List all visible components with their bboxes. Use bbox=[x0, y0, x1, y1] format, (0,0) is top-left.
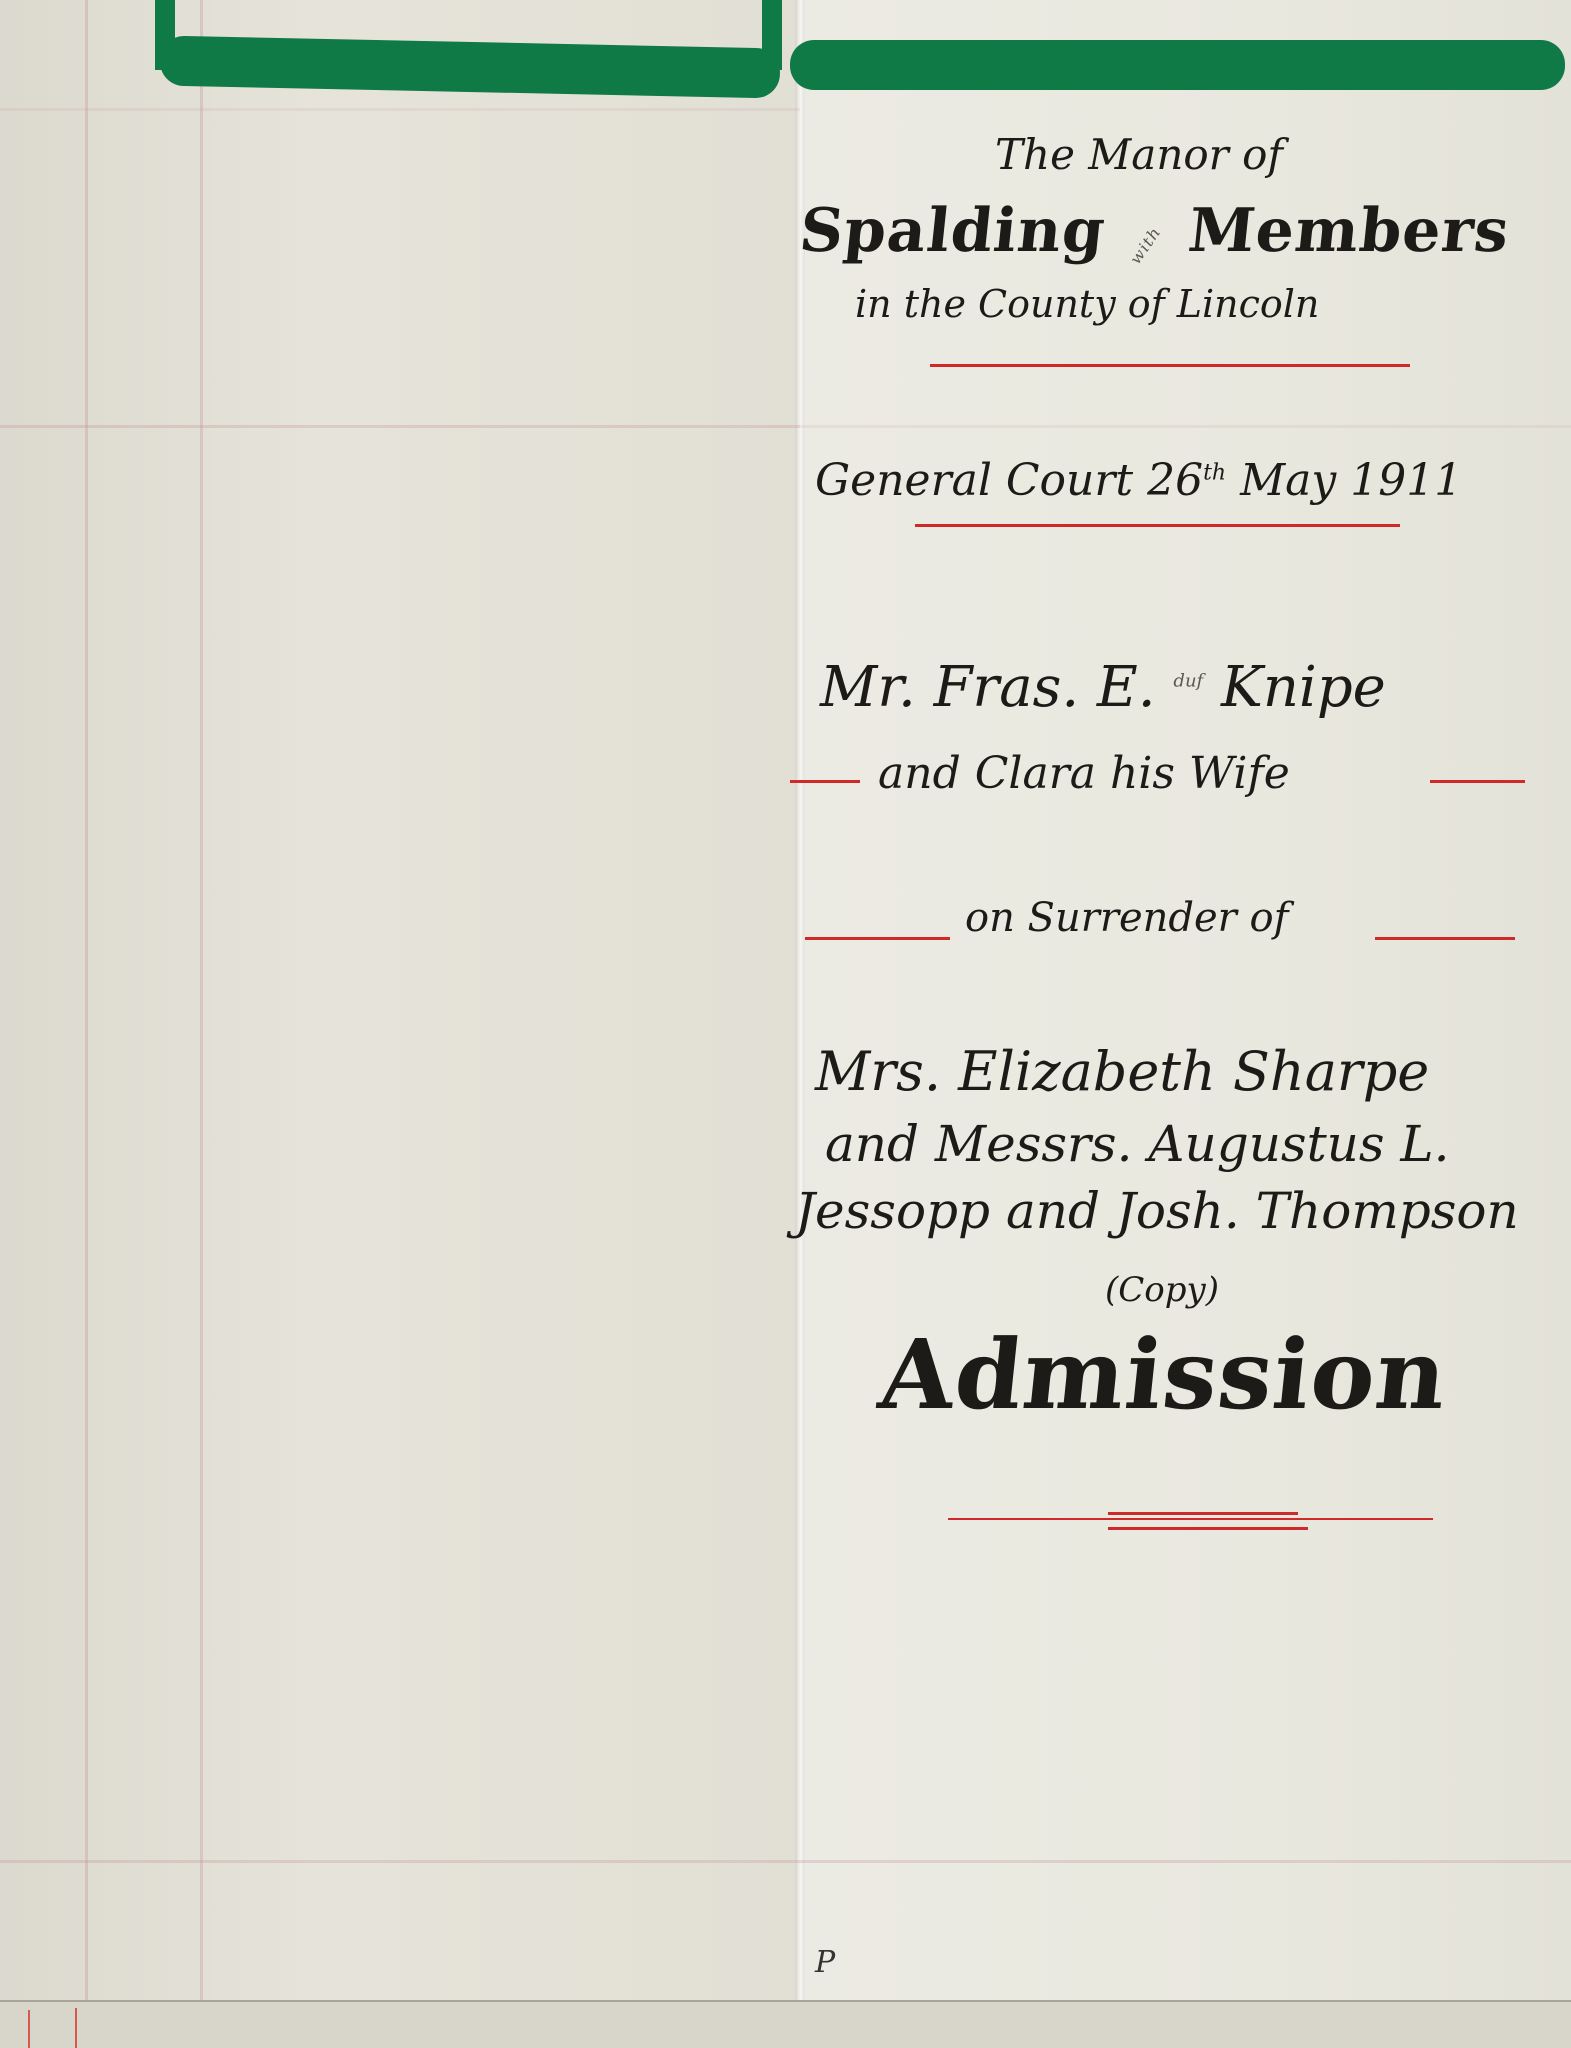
manor-name-right: Members bbox=[1185, 196, 1513, 266]
augustus-name: Augustus L. bbox=[1148, 1115, 1449, 1173]
document-sheet: The Manor of Spalding with Members in th… bbox=[0, 0, 1571, 2048]
margin-rule bbox=[200, 0, 203, 2000]
court-label: General Court 26 bbox=[815, 455, 1203, 506]
messrs-prefix: and Messrs. bbox=[825, 1115, 1132, 1173]
red-rule bbox=[948, 1518, 1433, 1520]
admittee-forenames: Fras. E. bbox=[934, 655, 1156, 720]
admittee-surname: Knipe bbox=[1221, 655, 1386, 720]
red-rule bbox=[1375, 937, 1515, 940]
admittee-name: Mr. Fras. E. duf Knipe bbox=[820, 655, 1386, 720]
document-title: Admission bbox=[874, 1318, 1453, 1431]
red-rule bbox=[790, 780, 860, 783]
copy-note: (Copy) bbox=[1105, 1270, 1219, 1310]
horizontal-rule bbox=[0, 1860, 1571, 1863]
wife-line: and Clara his Wife bbox=[878, 748, 1290, 799]
red-rule-double bbox=[1108, 1527, 1308, 1530]
horizontal-rule bbox=[0, 108, 800, 111]
green-ribbon bbox=[762, 0, 782, 70]
red-rule bbox=[915, 524, 1400, 527]
horizontal-rule bbox=[800, 425, 1571, 428]
red-margin-tick bbox=[75, 2008, 77, 2048]
red-rule-double bbox=[1108, 1512, 1298, 1515]
admittee-title: Mr. bbox=[820, 655, 916, 720]
left-panel-blank bbox=[0, 0, 800, 2000]
surrenderor-name: Elizabeth Sharpe bbox=[958, 1040, 1429, 1103]
surrenderor-line-2: and Messrs. Augustus L. bbox=[825, 1115, 1450, 1173]
center-fold bbox=[795, 0, 805, 2000]
folio-mark: P bbox=[815, 1945, 835, 1980]
green-ribbon bbox=[790, 40, 1565, 90]
manor-of-text: The Manor of bbox=[995, 130, 1283, 179]
manor-name-left: Spalding bbox=[796, 196, 1109, 266]
horizontal-rule bbox=[0, 425, 800, 428]
margin-rule bbox=[85, 0, 88, 2000]
inserted-duf: duf bbox=[1173, 670, 1203, 691]
surrenderor-line-3: Jessopp and Josh. Thompson bbox=[795, 1182, 1519, 1240]
bottom-edge bbox=[0, 2000, 1571, 2048]
red-rule bbox=[1430, 780, 1525, 783]
surrender-line: on Surrender of bbox=[965, 895, 1288, 941]
red-rule bbox=[930, 364, 1410, 367]
inserted-with: with bbox=[1126, 224, 1165, 268]
red-rule bbox=[805, 937, 950, 940]
county-text: in the County of Lincoln bbox=[855, 282, 1319, 326]
court-month-year: May 1911 bbox=[1240, 455, 1462, 506]
red-margin-tick bbox=[28, 2010, 30, 2048]
surrenderor-line-1: Mrs. Elizabeth Sharpe bbox=[815, 1040, 1429, 1103]
surrenderor-title: Mrs. bbox=[815, 1040, 941, 1103]
court-date: General Court 26th May 1911 bbox=[815, 455, 1462, 506]
manor-name: Spalding with Members bbox=[796, 196, 1513, 266]
court-ordinal: th bbox=[1203, 460, 1226, 485]
